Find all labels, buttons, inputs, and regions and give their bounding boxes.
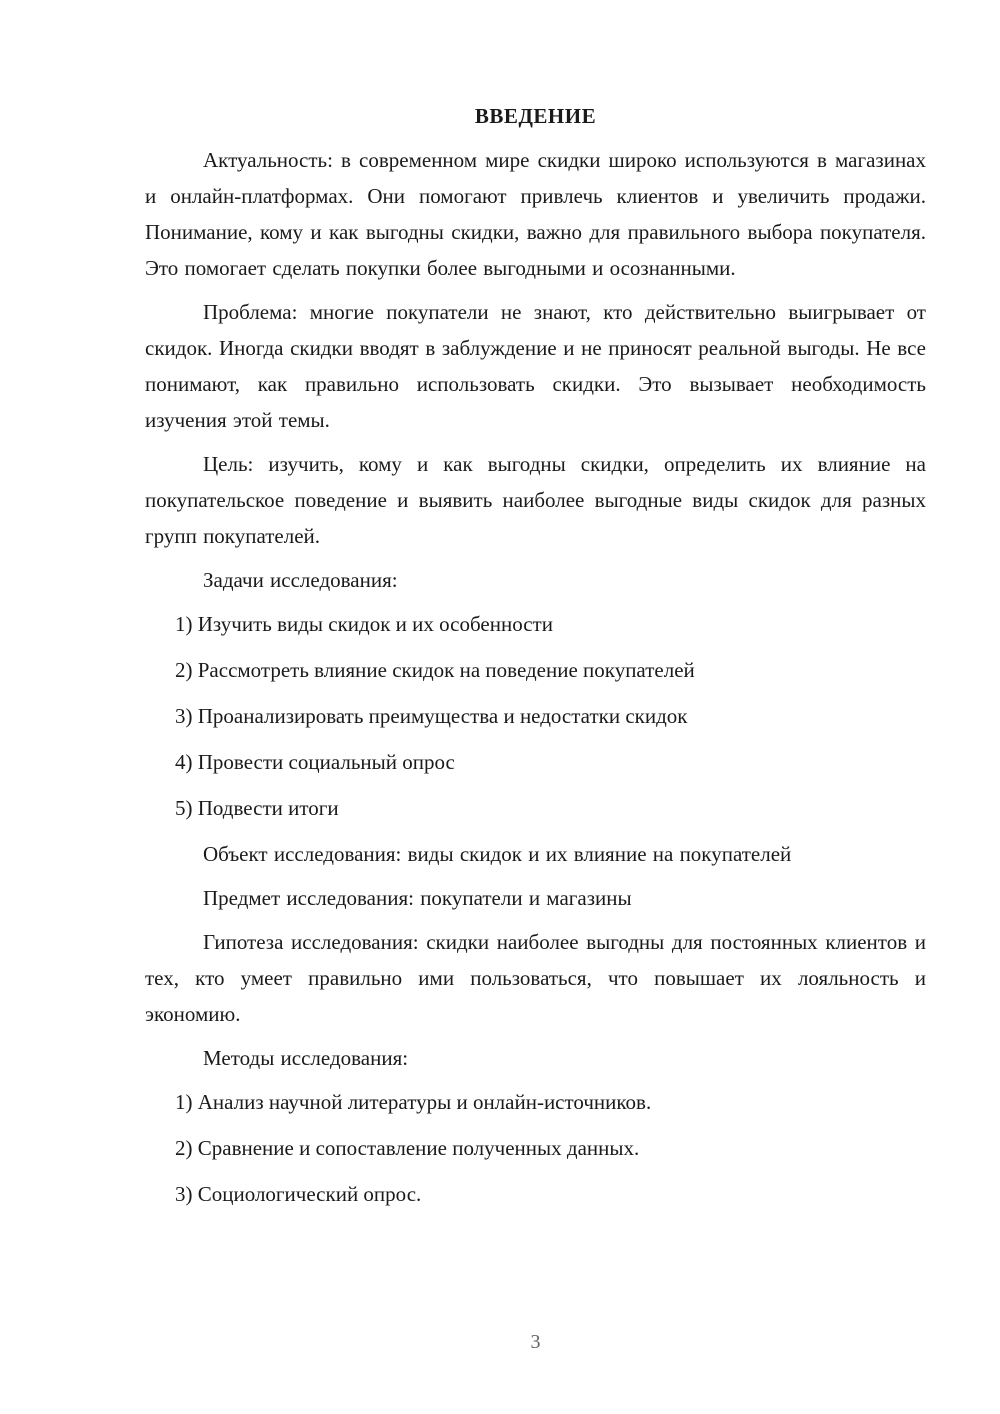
task-list-item: 4) Провести социальный опрос [145, 744, 926, 780]
paragraph-goal: Цель: изучить, кому и как выгодны скидки… [145, 446, 926, 554]
paragraph-problem: Проблема: многие покупатели не знают, кт… [145, 294, 926, 438]
page-title: ВВЕДЕНИЕ [145, 98, 926, 134]
task-list-item: 2) Рассмотреть влияние скидок на поведен… [145, 652, 926, 688]
paragraph-object: Объект исследования: виды скидок и их вл… [145, 836, 926, 872]
paragraph-hypothesis: Гипотеза исследования: скидки наиболее в… [145, 924, 926, 1032]
task-list-item: 3) Проанализировать преимущества и недос… [145, 698, 926, 734]
page-number: 3 [145, 1328, 926, 1356]
method-list-item: 3) Социологический опрос. [145, 1176, 926, 1212]
paragraph-subject: Предмет исследования: покупатели и магаз… [145, 880, 926, 916]
document-page: ВВЕДЕНИЕ Актуальность: в современном мир… [0, 0, 1000, 1414]
method-list-item: 2) Сравнение и сопоставление полученных … [145, 1130, 926, 1166]
method-list-item: 1) Анализ научной литературы и онлайн-ис… [145, 1084, 926, 1120]
tasks-heading: Задачи исследования: [145, 562, 926, 598]
paragraph-relevance: Актуальность: в современном мире скидки … [145, 142, 926, 286]
task-list-item: 1) Изучить виды скидок и их особенности [145, 606, 926, 642]
document-content: ВВЕДЕНИЕ Актуальность: в современном мир… [145, 0, 926, 1222]
task-list-item: 5) Подвести итоги [145, 790, 926, 826]
methods-heading: Методы исследования: [145, 1040, 926, 1076]
